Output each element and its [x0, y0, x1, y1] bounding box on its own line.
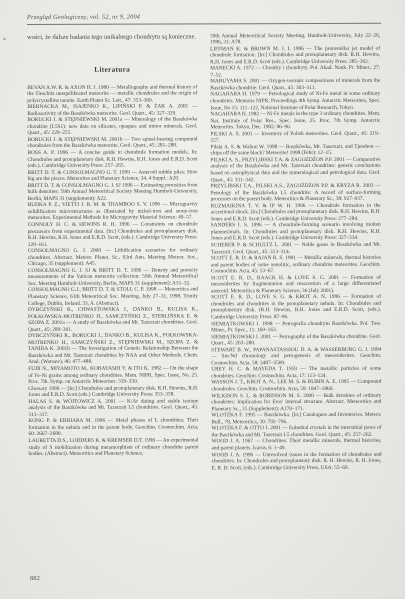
reference-entry: WLOTZKA F. & OTTO J. 2001 — Euhedral cry… — [211, 425, 381, 439]
reference-entry: SCOTT E. R. D. & RAJAN R. S. 1981 — Meta… — [211, 255, 381, 275]
section-title: Literatura — [27, 64, 197, 74]
reference-entry: PILSKI A. S. 2001 — Inventory of Polish … — [210, 130, 380, 144]
reference-entry: BIERNACKA M., ISAJENKO K., LIPIŃSKI P. &… — [27, 104, 197, 118]
reference-list-left: BEVAN A.W. R. & AXON H. J. 1980 — Metall… — [27, 84, 198, 458]
reference-entry: WASSON J. T., KROT A. N., LEE M. S. & RU… — [211, 379, 381, 393]
reference-entry: BOSS A. P. 1996 — A concise guide to cho… — [27, 149, 197, 169]
intro-paragraph: wości, że dalsze badania tego unikalnego… — [27, 33, 197, 42]
reference-entry: PILSKI A. S., PRZYLIBSKI T.A. & ZAGOŻDŻO… — [211, 157, 381, 184]
reference-entry: BUDKA P. Z., VIETTI J. R. M. & THAMBOO S… — [28, 202, 198, 222]
running-head: Przegląd Geologiczny, vol. 52, nr 9, 200… — [27, 13, 381, 21]
scan-speckle — [3, 38, 6, 40]
journal-page: Przegląd Geologiczny, vol. 52, nr 9, 200… — [0, 0, 405, 599]
reference-entry: WLOTZKA F. 1995 — Baszkówka. [In:] Catal… — [211, 412, 381, 426]
reference-entry: WOOD J. A. 1967 — Chondrites: Their meta… — [211, 438, 381, 452]
reference-entry: LIFFMAN K. & BROWN M. J. I. 1996 — The p… — [210, 45, 380, 65]
reference-entry: CONSOLMAGNO G. J. SJ & BRITT D. T. 1996 … — [28, 267, 198, 287]
reference-entry: HALAS S. & WÓJTOWICZ A. 2001 — K/Ar dati… — [28, 398, 198, 418]
reference-entry: NAGAHARA H. 1982 — Ni-Fe metals in the t… — [210, 111, 380, 131]
reference-entry: CONSOLMAGNO G. J. 2000 — Lithification s… — [28, 248, 198, 268]
reference-entry: BORUCKI J. & STĘPNIEWSKI M. 2001a — Mine… — [27, 117, 197, 137]
reference-entry: 59th Annual Meteoritical Society Meeting… — [210, 32, 380, 46]
header-rule — [27, 22, 381, 24]
reference-entry: BRITT D. T. & CONSOLMAGNO G. J. SJ 1996 … — [28, 182, 198, 202]
reference-entry: SANDERS I. S. 1996 — A chondrule-forming… — [211, 222, 381, 242]
reference-entry: NAGAHARA H. 1979 — Petrological study of… — [210, 91, 380, 111]
page-content: Przegląd Geologiczny, vol. 52, nr 9, 200… — [27, 13, 383, 472]
reference-entry: DYBCZYŃSKI R., CHWASTOWSKA J., DANKO B.,… — [28, 306, 198, 333]
reference-entry: STEWART B. W., PAPANASTASSIOU D. A. & WA… — [211, 347, 381, 367]
reference-entry: MANECKI A. 1972 — Chondry i chondryty. P… — [210, 65, 380, 79]
reference-entry: SCOTT E. R. D., LOVE S. G. & KROT A. N. … — [211, 294, 381, 321]
reference-entry: BRITT D. T. & CONSOLMAGNO G. T. 1999 — A… — [28, 169, 198, 183]
reference-entry: SIEMIĄTKOWSKI J. 2001 — Petrography of t… — [211, 333, 381, 347]
reference-entry: LAURETTA D.S., LODDERS K. & KREMSER D.T.… — [28, 437, 198, 457]
two-column-layout: wości, że dalsze badania tego unikalnego… — [27, 32, 383, 472]
reference-entry: SIEMIĄTKOWSKI J. 1998 — Petrografia chon… — [211, 320, 381, 334]
reference-entry: PRZYLIBSKI T.A., PILSKI A.S., ZAGOŻDŻON … — [211, 183, 381, 203]
reference-entry: WILKISON S. L. & ROBINSON M. S. 2000 — B… — [211, 392, 381, 412]
reference-entry: WOOD J. A. 1996 — Unresolved issues in t… — [212, 451, 382, 471]
left-column: wości, że dalsze badania tego unikalnego… — [27, 33, 199, 472]
right-column: 59th Annual Meteoritical Society Meeting… — [210, 32, 382, 471]
reference-entry: SCOTT E. R. D., HAACK H. & LOVE S. G. 20… — [211, 275, 381, 295]
reference-entry: FUJII N., MIYAMOTO M., KOBAYASHI Y. & IT… — [28, 365, 198, 385]
reference-entry: CONSOLMAGNO G.J., BRITT D. T. & STOLL C.… — [28, 287, 198, 307]
reference-entry: Glossary 1996 — [In:] Chondrules and pro… — [28, 385, 198, 399]
reference-entry: MARUYAMA S. 2001 — Oxygen-isotopic compo… — [210, 78, 380, 92]
reference-entry: DYBCZYŃSKI R., BORUCKI J., DANKO B., KUL… — [28, 333, 198, 366]
reference-entry: SCHERER P. & SCHULTZ L. 2001 — Noble gas… — [211, 242, 381, 256]
reference-entry: UREY H. C. & MAYEDA T. 1959 — The metall… — [211, 366, 381, 380]
reference-entry: KONG P. & EBIHARA M. 1996 — Metal phases… — [28, 418, 198, 438]
reference-list-right: 59th Annual Meteoritical Society Meeting… — [210, 32, 382, 471]
reference-entry: BEVAN A.W. R. & AXON H. J. 1980 — Metall… — [27, 84, 197, 104]
reference-entry: RUZMAIKINA T. V. & IP W. H. 1996 — Chond… — [211, 202, 381, 222]
reference-entry: CONNOLY H. C. & HEWINS R. H. 1996 — Cons… — [28, 221, 198, 248]
reference-entry: BORUCKI J. & STĘPNIEWSKI M. 2001b — Two … — [27, 136, 197, 150]
page-number: 882 — [30, 575, 40, 582]
reference-entry: Pilski A. S. & Walton W. 1998 — Baszkówk… — [210, 144, 380, 158]
